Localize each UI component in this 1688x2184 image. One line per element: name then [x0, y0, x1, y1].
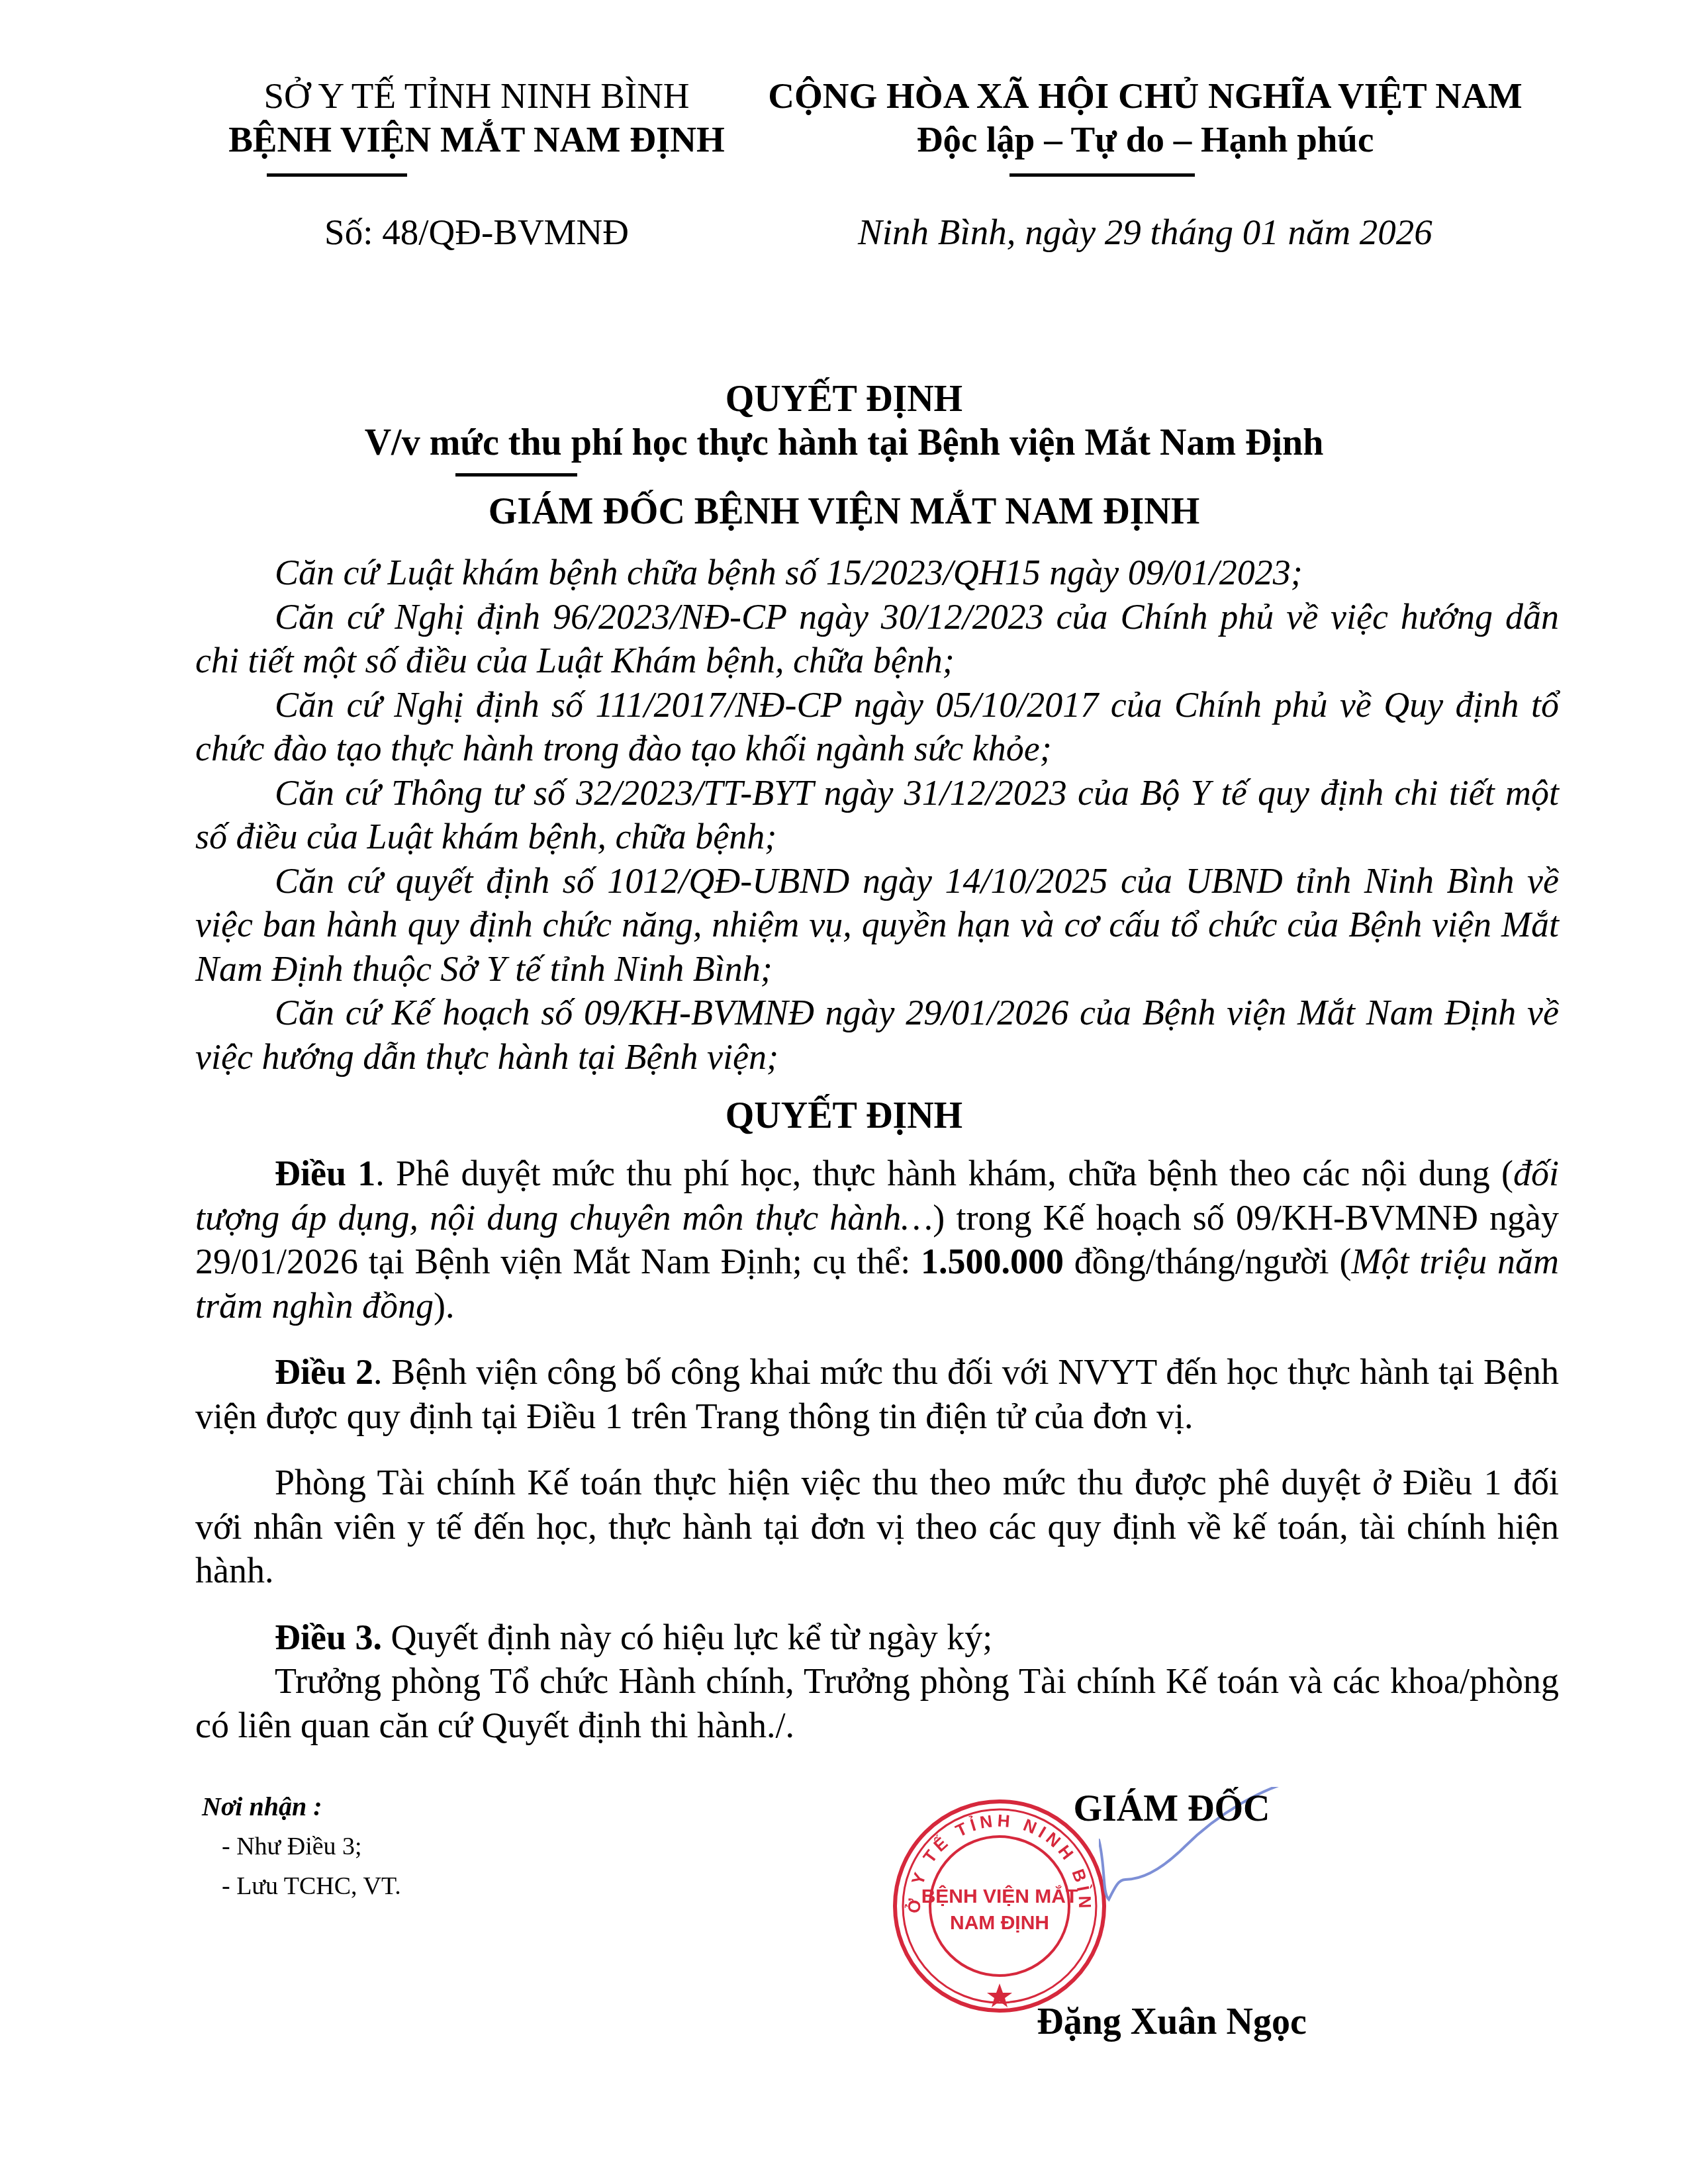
country-name: CỘNG HÒA XÃ HỘI CHỦ NGHĨA VIỆT NAM	[748, 74, 1542, 118]
legal-basis-item: Căn cứ Thông tư số 32/2023/TT-BYT ngày 3…	[195, 771, 1559, 859]
article-3-label: Điều 3.	[275, 1617, 382, 1657]
legal-basis-item: Căn cứ Nghị định số 111/2017/NĐ-CP ngày …	[195, 683, 1559, 771]
national-motto: Độc lập – Tự do – Hạnh phúc	[748, 118, 1542, 161]
article-3: Điều 3. Quyết định này có hiệu lực kể từ…	[195, 1615, 1559, 1660]
recipient-item: - Lưu TCHC, VT.	[202, 1866, 665, 1906]
legal-basis-item: Căn cứ Luật khám bệnh chữa bệnh số 15/20…	[195, 551, 1559, 595]
article-2: Điều 2. Bệnh viện công bố công khai mức …	[195, 1350, 1559, 1438]
header-right-underline	[1009, 173, 1195, 177]
document-number: Số: 48/QĐ-BVMNĐ	[218, 210, 735, 254]
organization-name: BỆNH VIỆN MẮT NAM ĐỊNH	[218, 118, 735, 161]
decision-heading: QUYẾT ĐỊNH	[0, 1094, 1688, 1138]
document-title: QUYẾT ĐỊNH	[0, 377, 1688, 421]
article-2-label: Điều 2	[275, 1352, 373, 1392]
recipients-heading: Nơi nhận :	[202, 1787, 665, 1827]
header-left-underline	[267, 173, 407, 177]
article-2-paragraph-2: Phòng Tài chính Kế toán thực hiện việc t…	[195, 1461, 1559, 1593]
legal-basis-item: Căn cứ quyết định số 1012/QĐ-UBND ngày 1…	[195, 859, 1559, 991]
signer-name: Đặng Xuân Ngọc	[940, 2000, 1403, 2044]
header-right: CỘNG HÒA XÃ HỘI CHỦ NGHĨA VIỆT NAM Độc l…	[748, 74, 1542, 161]
signer-position: GIÁM ĐỐC	[940, 1787, 1403, 1831]
header-left: SỞ Y TẾ TỈNH NINH BÌNH BỆNH VIỆN MẮT NAM…	[218, 74, 735, 161]
svg-text:NAM ĐỊNH: NAM ĐỊNH	[950, 1912, 1049, 1934]
legal-bases: Căn cứ Luật khám bệnh chữa bệnh số 15/20…	[195, 551, 1559, 1079]
svg-text:BỆNH VIỆN MẮT: BỆNH VIỆN MẮT	[921, 1885, 1078, 1907]
recipients-block: Nơi nhận : - Như Điều 3; - Lưu TCHC, VT.	[202, 1787, 665, 1906]
place-date: Ninh Bình, ngày 29 tháng 01 năm 2026	[748, 210, 1542, 254]
article-1: Điều 1. Phê duyệt mức thu phí học, thực …	[195, 1152, 1559, 1328]
issuing-authority: GIÁM ĐỐC BỆNH VIỆN MẮT NAM ĐỊNH	[0, 490, 1688, 533]
article-1-label: Điều 1	[275, 1154, 375, 1193]
legal-basis-item: Căn cứ Kế hoạch số 09/KH-BVMNĐ ngày 29/0…	[195, 991, 1559, 1079]
articles: Điều 1. Phê duyệt mức thu phí học, thực …	[195, 1152, 1559, 1747]
document-subject: V/v mức thu phí học thực hành tại Bệnh v…	[0, 421, 1688, 465]
subject-underline	[455, 473, 577, 477]
article-3-paragraph-2: Trưởng phòng Tổ chức Hành chính, Trưởng …	[195, 1659, 1559, 1747]
department-name: SỞ Y TẾ TỈNH NINH BÌNH	[218, 74, 735, 118]
recipient-item: - Như Điều 3;	[202, 1827, 665, 1866]
legal-basis-item: Căn cứ Nghị định 96/2023/NĐ-CP ngày 30/1…	[195, 595, 1559, 683]
fee-amount: 1.500.000	[921, 1242, 1064, 1281]
